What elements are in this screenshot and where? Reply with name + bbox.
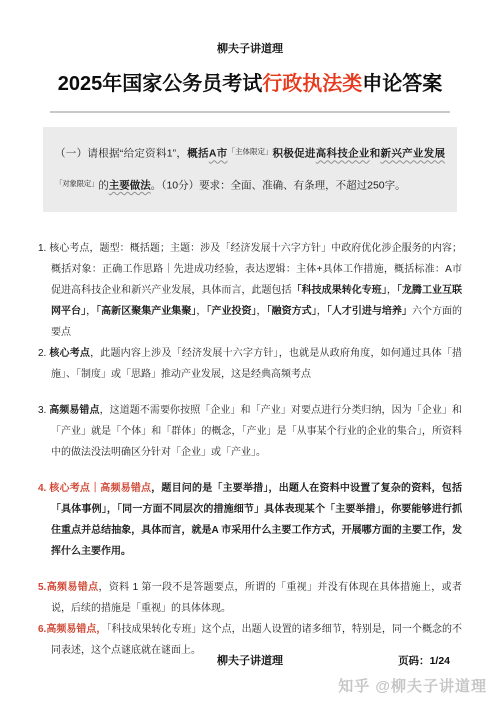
text-run: ，	[257, 306, 267, 317]
title-highlight: 行政执法类	[262, 73, 362, 95]
text-run: ，	[196, 306, 206, 317]
list-item: 3. 高频易错点，这道题不需要你按照「企业」和「产业」对要点进行分类归纳，因为「…	[38, 400, 462, 463]
zhihu-watermark: 知乎 @柳夫子讲道理	[338, 675, 487, 696]
page-number-value: 1/24	[430, 655, 450, 667]
text-run: 3.	[38, 405, 49, 416]
page-number: 页码：1/24	[398, 653, 450, 668]
list-item: 2. 核心考点，此题内容上涉及「经济发展十六字方针」，也就是从政府角度，如何通过…	[38, 343, 462, 385]
text-run: 积极促进	[273, 148, 316, 160]
text-run: 5.高频易错点	[38, 582, 98, 593]
text-run: ，	[86, 306, 96, 317]
text-run: 「高新区聚集产业集聚」	[96, 306, 196, 317]
text-run: 「科技成果转化专班」	[292, 285, 387, 296]
text-run: ，	[317, 306, 327, 317]
question-box: （一）请根据“给定资料1”，概括A市「主体限定」积极促进高科技企业和新兴产业发展…	[43, 127, 457, 212]
title-prefix: 2025年国家公务员考试	[58, 73, 263, 95]
document-page: 柳夫子讲道理 2025年国家公务员考试行政执法类申论答案 （一）请根据“给定资料…	[0, 0, 500, 708]
text-run: 「产业投资」	[206, 306, 256, 317]
text-run: 高频易错点	[49, 405, 99, 416]
page-number-label: 页码：	[398, 655, 430, 667]
text-run: 主要做法	[109, 179, 151, 191]
list-item: 4. 核心考点｜高频易错点，题目问的是「主要举措」，出题人在资料中设置了复杂的资…	[38, 478, 462, 562]
analysis-list: 1. 核心考点，题型：概括题；主题：涉及「经济发展十六字方针」中政府优化涉企服务…	[38, 238, 462, 661]
text-run: ，	[387, 285, 397, 296]
text-run: 新兴产业发展	[381, 148, 446, 160]
page-footer: 柳夫子讲道理 页码：1/24	[0, 652, 500, 668]
text-run: （一）请根据“给定资料1”，	[55, 148, 187, 160]
brand-header: 柳夫子讲道理	[0, 0, 500, 56]
text-run: 核心考点	[49, 348, 90, 359]
text-run: 。（10分）要求：全面、准确、有条理，不超过250字。	[151, 179, 406, 191]
text-run: ，题目问的是「主要举措」，出题人在资料中设置了复杂的资料，包括「具体事例」，「同…	[51, 483, 462, 557]
text-run: 「人才引进与培养」	[327, 306, 412, 317]
text-run: ，资料 1 第一段不是答题要点，所谓的「重视」并没有体现在具体措施上，或者说，后…	[51, 582, 462, 614]
text-run: 「主体限定」	[228, 147, 273, 156]
text-run: 和	[370, 148, 381, 160]
page-title: 2025年国家公务员考试行政执法类申论答案	[0, 67, 500, 96]
text-run: ，此题内容上涉及「经济发展十六字方针」，也就是从政府角度，如何通过具体「措施」、…	[51, 348, 462, 380]
list-item: 5.高频易错点，资料 1 第一段不是答题要点，所谓的「重视」并没有体现在具体措施…	[38, 577, 462, 619]
text-run: 6.高频易错点，	[38, 624, 106, 635]
text-run: 「对象限定」	[55, 179, 98, 188]
text-run: 的	[98, 179, 109, 191]
title-suffix: 申论答案	[362, 73, 442, 95]
list-item: 1. 核心考点，题型：概括题；主题：涉及「经济发展十六字方针」中政府优化涉企服务…	[38, 238, 462, 343]
text-run: 高科技企业	[316, 148, 370, 160]
text-run: 4. 核心考点｜高频易错点	[38, 483, 151, 494]
text-run: 概括	[187, 148, 209, 160]
text-run: 2.	[38, 348, 49, 359]
title-divider	[50, 111, 450, 113]
text-run: 「融资方式」	[267, 306, 317, 317]
text-run: ，这道题不需要你按照「企业」和「产业」对要点进行分类归纳，因为「企业」和「产业」…	[51, 405, 462, 458]
text-run: A市	[209, 148, 228, 160]
